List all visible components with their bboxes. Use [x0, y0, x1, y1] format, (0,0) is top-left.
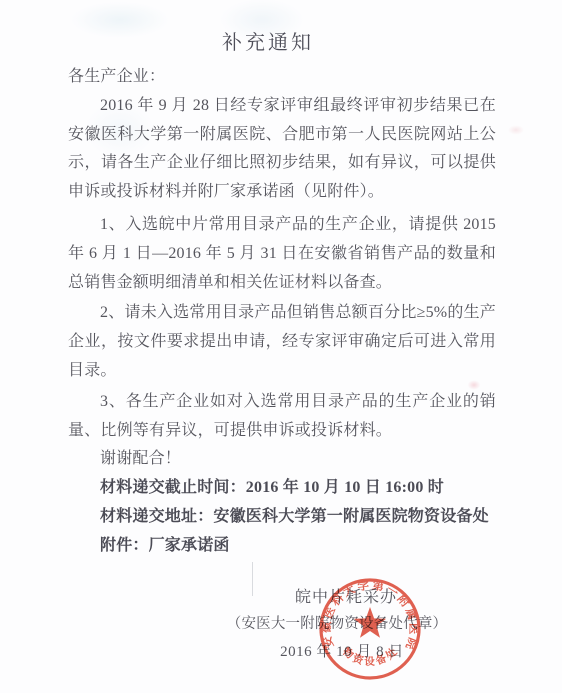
seal-star-icon [354, 607, 386, 638]
scanned-notice-page: 补充通知 各生产企业： 2016 年 9 月 28 日经专家评审组最终评审初步结… [0, 0, 562, 693]
deadline-line: 材料递交截止时间：2016 年 10 月 10 日 16:00 时 [68, 474, 496, 503]
notice-body: 各生产企业： 2016 年 9 月 28 日经专家评审组最终评审初步结果已在安徽… [68, 63, 496, 561]
notice-title: 补充通知 [0, 30, 549, 56]
paragraph-intro: 2016 年 9 月 28 日经专家评审组最终评审初步结果已在安徽医科大学第一附… [68, 92, 496, 207]
address-line: 材料递交地址：安徽医科大学第一附属医院物资设备处 [68, 503, 496, 532]
attachment-line: 附件：厂家承诺函 [68, 532, 496, 561]
scan-artifact-line [252, 562, 253, 596]
salutation-line: 各生产企业： [68, 63, 496, 92]
paragraph-item-2: 2、请未入选常用目录产品但销售总额百分比≥5%的生产企业，按文件要求提出申请，经… [68, 299, 496, 385]
paragraph-item-1: 1、入选皖中片常用目录产品的生产企业，请提供 2015 年 6 月 1 日—20… [68, 211, 496, 297]
paragraph-item-3: 3、各生产企业如对入选常用目录产品的生产企业的销量、比例等有异议，可提供申诉或投… [68, 388, 496, 446]
seal-bottom-text-container: 物资设备处 [340, 644, 401, 669]
official-seal: 安徽医科大学第一附属医院 物资设备处 [316, 575, 424, 683]
seal-bottom-text: 物资设备处 [340, 644, 401, 669]
thanks-line: 谢谢配合！ [68, 445, 496, 474]
